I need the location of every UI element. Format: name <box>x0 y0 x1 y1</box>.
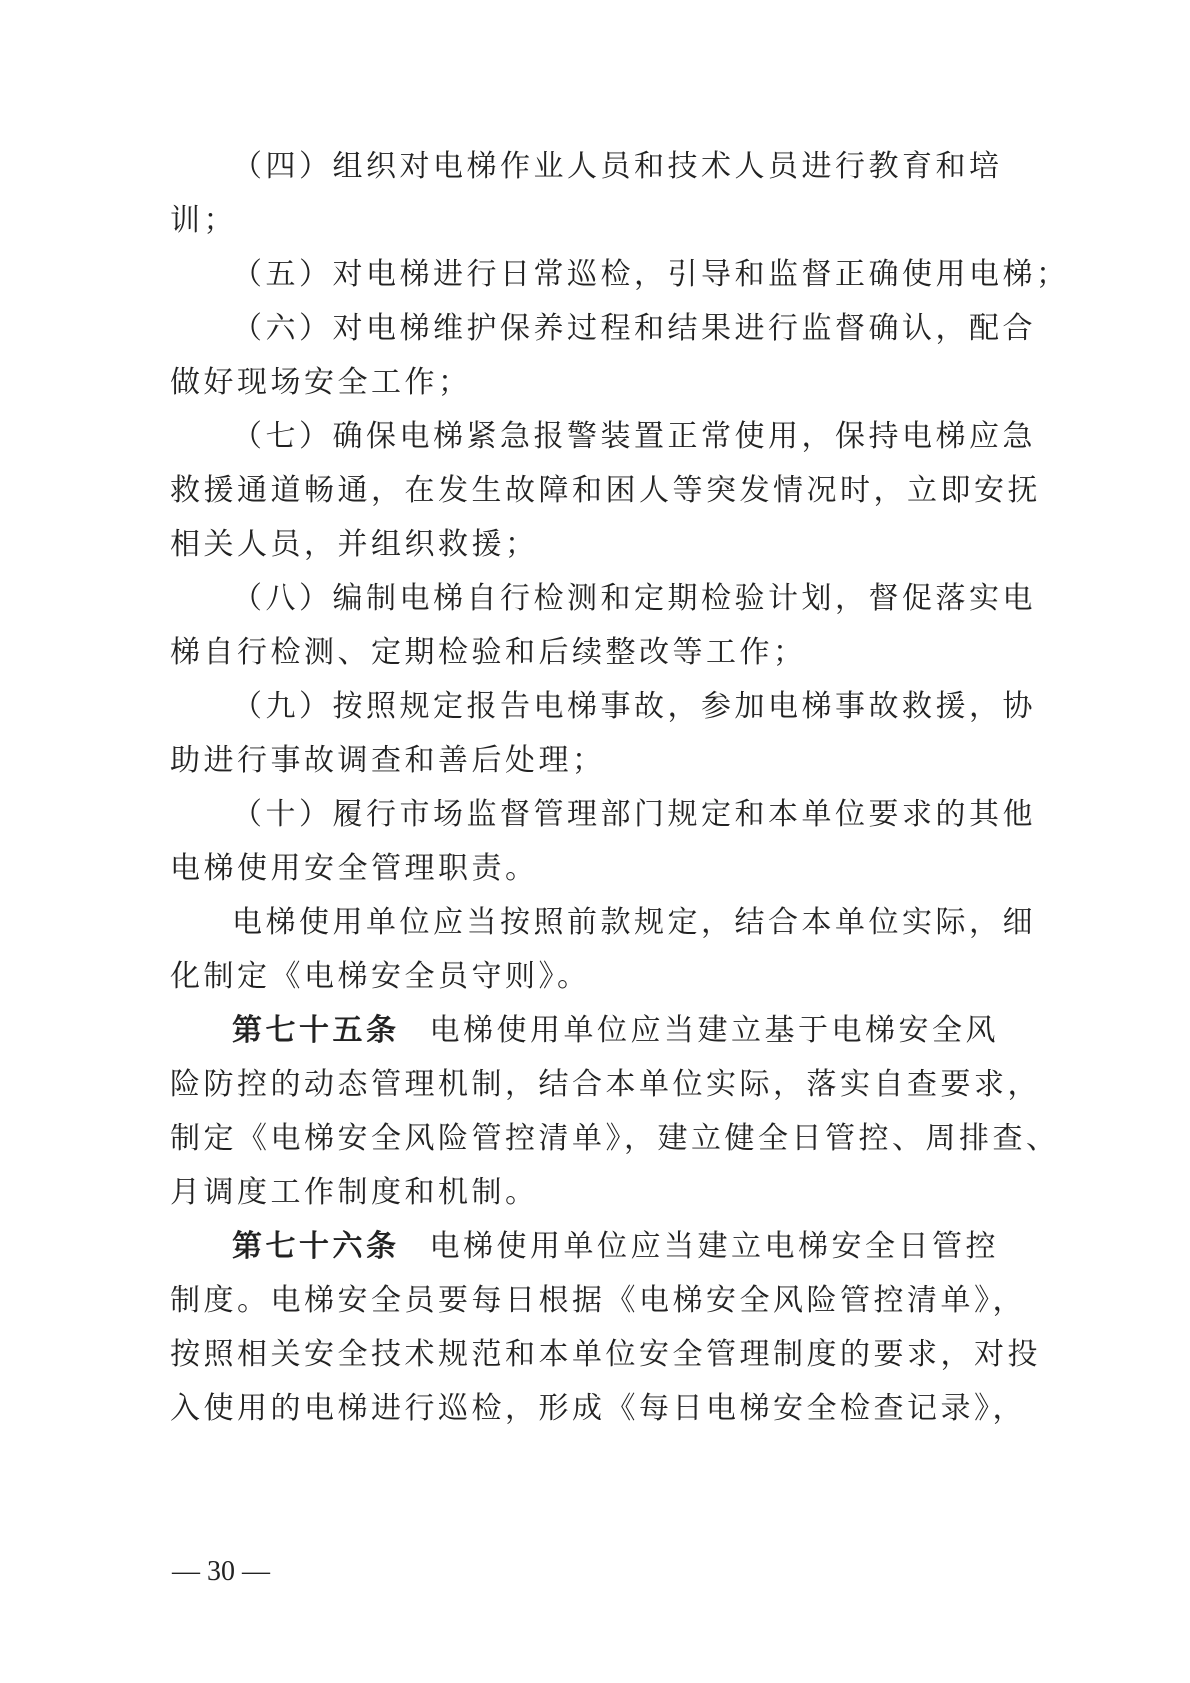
article-76-text: 电梯使用单位应当建立电梯安全日管控 <box>430 1229 1000 1264</box>
item-9-line-2: 助进行事故调查和善后处理； <box>170 734 606 788</box>
item-8-line-1: （八）编制电梯自行检测和定期检验计划，督促落实电 <box>232 572 1036 626</box>
article-75-line-2: 险防控的动态管理机制，结合本单位实际，落实自查要求， <box>170 1058 1041 1112</box>
item-9-line-1: （九）按照规定报告电梯事故，参加电梯事故救援，协 <box>232 680 1036 734</box>
item-7-line-2: 救援通道畅通，在发生故障和困人等突发情况时，立即安抚 <box>170 464 1041 518</box>
item-10-line-1: （十）履行市场监督管理部门规定和本单位要求的其他 <box>232 788 1036 842</box>
article-76-heading: 第七十六条 <box>232 1229 400 1264</box>
item-10-line-2: 电梯使用安全管理职责。 <box>170 842 539 896</box>
article-76-line-3: 按照相关安全技术规范和本单位安全管理制度的要求，对投 <box>170 1328 1041 1382</box>
article-76-line-2: 制度。电梯安全员要每日根据《电梯安全风险管控清单》， <box>170 1274 1026 1328</box>
article-76-line-1: 第七十六条电梯使用单位应当建立电梯安全日管控 <box>232 1220 999 1274</box>
article-75-line-4: 月调度工作制度和机制。 <box>170 1166 539 1220</box>
item-6-line-2: 做好现场安全工作； <box>170 356 472 410</box>
item-4-line-2: 训； <box>170 194 237 248</box>
page-number: — 30 — <box>172 1552 270 1592</box>
article-76-line-4: 入使用的电梯进行巡检，形成《每日电梯安全检查记录》， <box>170 1382 1026 1436</box>
article-75-text: 电梯使用单位应当建立基于电梯安全风 <box>430 1013 1000 1048</box>
item-5-line-1: （五）对电梯进行日常巡检，引导和监督正确使用电梯； <box>232 248 1070 302</box>
item-6-line-1: （六）对电梯维护保养过程和结果进行监督确认，配合 <box>232 302 1036 356</box>
item-7-line-1: （七）确保电梯紧急报警装置正常使用，保持电梯应急 <box>232 410 1036 464</box>
item-7-line-3: 相关人员，并组织救援； <box>170 518 539 572</box>
article-75-line-3: 制定《电梯安全风险管控清单》，建立健全日管控、周排查、 <box>170 1112 1060 1166</box>
closing-para-line-1: 电梯使用单位应当按照前款规定，结合本单位实际，细 <box>232 896 1036 950</box>
article-75-heading: 第七十五条 <box>232 1013 400 1048</box>
item-8-line-2: 梯自行检测、定期检验和后续整改等工作； <box>170 626 807 680</box>
closing-para-line-2: 化制定《电梯安全员守则》。 <box>170 950 591 1004</box>
item-4-line-1: （四）组织对电梯作业人员和技术人员进行教育和培 <box>232 140 1003 194</box>
article-75-line-1: 第七十五条电梯使用单位应当建立基于电梯安全风 <box>232 1004 999 1058</box>
